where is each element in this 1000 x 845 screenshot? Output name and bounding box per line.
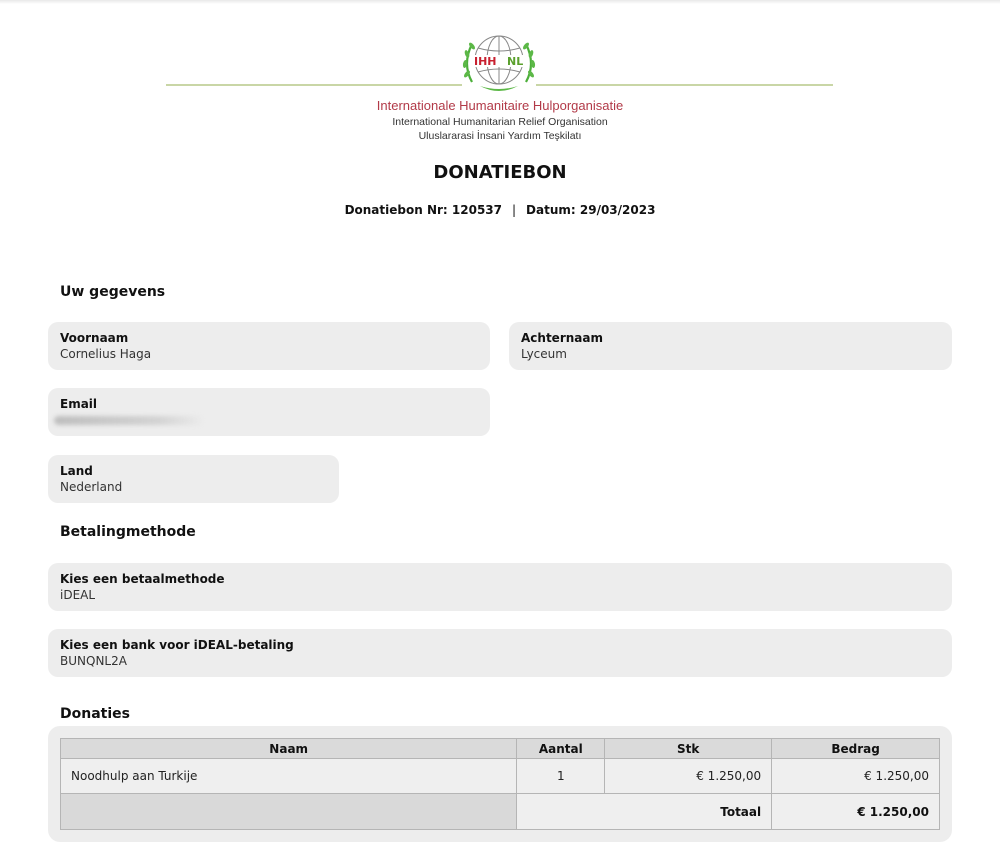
field-value: Cornelius Haga [60, 346, 478, 363]
cell-name: Noodhulp aan Turkije [61, 759, 517, 794]
header-divider-left [166, 84, 462, 86]
field-label: Achternaam [521, 330, 940, 346]
field-country: Land Nederland [48, 455, 339, 503]
field-label: Voornaam [60, 330, 478, 346]
total-label: Totaal [517, 794, 772, 830]
org-name-dutch: Internationale Humanitaire Hulporganisat… [0, 98, 1000, 113]
total-value: € 1.250,00 [772, 794, 940, 830]
field-last-name: Achternaam Lyceum [509, 322, 952, 370]
table-header-row: Naam Aantal Stk Bedrag [61, 739, 940, 759]
top-shadow [0, 0, 1000, 4]
meta-separator: | [512, 203, 516, 217]
column-header-amount: Bedrag [772, 739, 940, 759]
header-divider-right [536, 84, 833, 86]
section-title-donations: Donaties [60, 706, 130, 722]
field-label: Email [60, 396, 478, 412]
ihh-logo-icon: IHH NL [460, 30, 538, 96]
column-header-quantity: Aantal [517, 739, 605, 759]
redacted-email [54, 416, 204, 425]
field-value: BUNQNL2A [60, 653, 940, 670]
total-empty-cell [61, 794, 517, 830]
cell-unit-price: € 1.250,00 [605, 759, 772, 794]
org-name-english: International Humanitarian Relief Organi… [0, 116, 1000, 128]
document-meta: Donatiebon Nr: 120537|Datum: 29/03/2023 [0, 203, 1000, 217]
document-title: DONATIEBON [0, 162, 1000, 183]
field-email: Email [48, 388, 490, 436]
field-first-name: Voornaam Cornelius Haga [48, 322, 490, 370]
field-label: Kies een betaalmethode [60, 571, 940, 587]
field-label: Land [60, 463, 327, 479]
cell-quantity: 1 [517, 759, 605, 794]
donations-table: Naam Aantal Stk Bedrag Noodhulp aan Turk… [60, 738, 940, 830]
column-header-name: Naam [61, 739, 517, 759]
column-header-unit-price: Stk [605, 739, 772, 759]
cell-amount: € 1.250,00 [772, 759, 940, 794]
section-title-payment: Betalingmethode [60, 524, 196, 540]
field-value: iDEAL [60, 587, 940, 604]
section-title-personal: Uw gegevens [60, 284, 165, 300]
donations-panel: Naam Aantal Stk Bedrag Noodhulp aan Turk… [48, 726, 952, 842]
field-label: Kies een bank voor iDEAL-betaling [60, 637, 940, 653]
total-row: Totaal € 1.250,00 [61, 794, 940, 830]
svg-text:IHH: IHH [474, 55, 497, 68]
document-date: Datum: 29/03/2023 [526, 203, 655, 217]
field-payment-method: Kies een betaalmethode iDEAL [48, 563, 952, 611]
svg-text:NL: NL [507, 55, 523, 68]
org-name-turkish: Uluslararasi İnsani Yardım Teşkilatı [0, 130, 1000, 142]
table-row: Noodhulp aan Turkije 1 € 1.250,00 € 1.25… [61, 759, 940, 794]
field-ideal-bank: Kies een bank voor iDEAL-betaling BUNQNL… [48, 629, 952, 677]
document-number: Donatiebon Nr: 120537 [345, 203, 502, 217]
field-value: Nederland [60, 479, 327, 496]
field-value: Lyceum [521, 346, 940, 363]
